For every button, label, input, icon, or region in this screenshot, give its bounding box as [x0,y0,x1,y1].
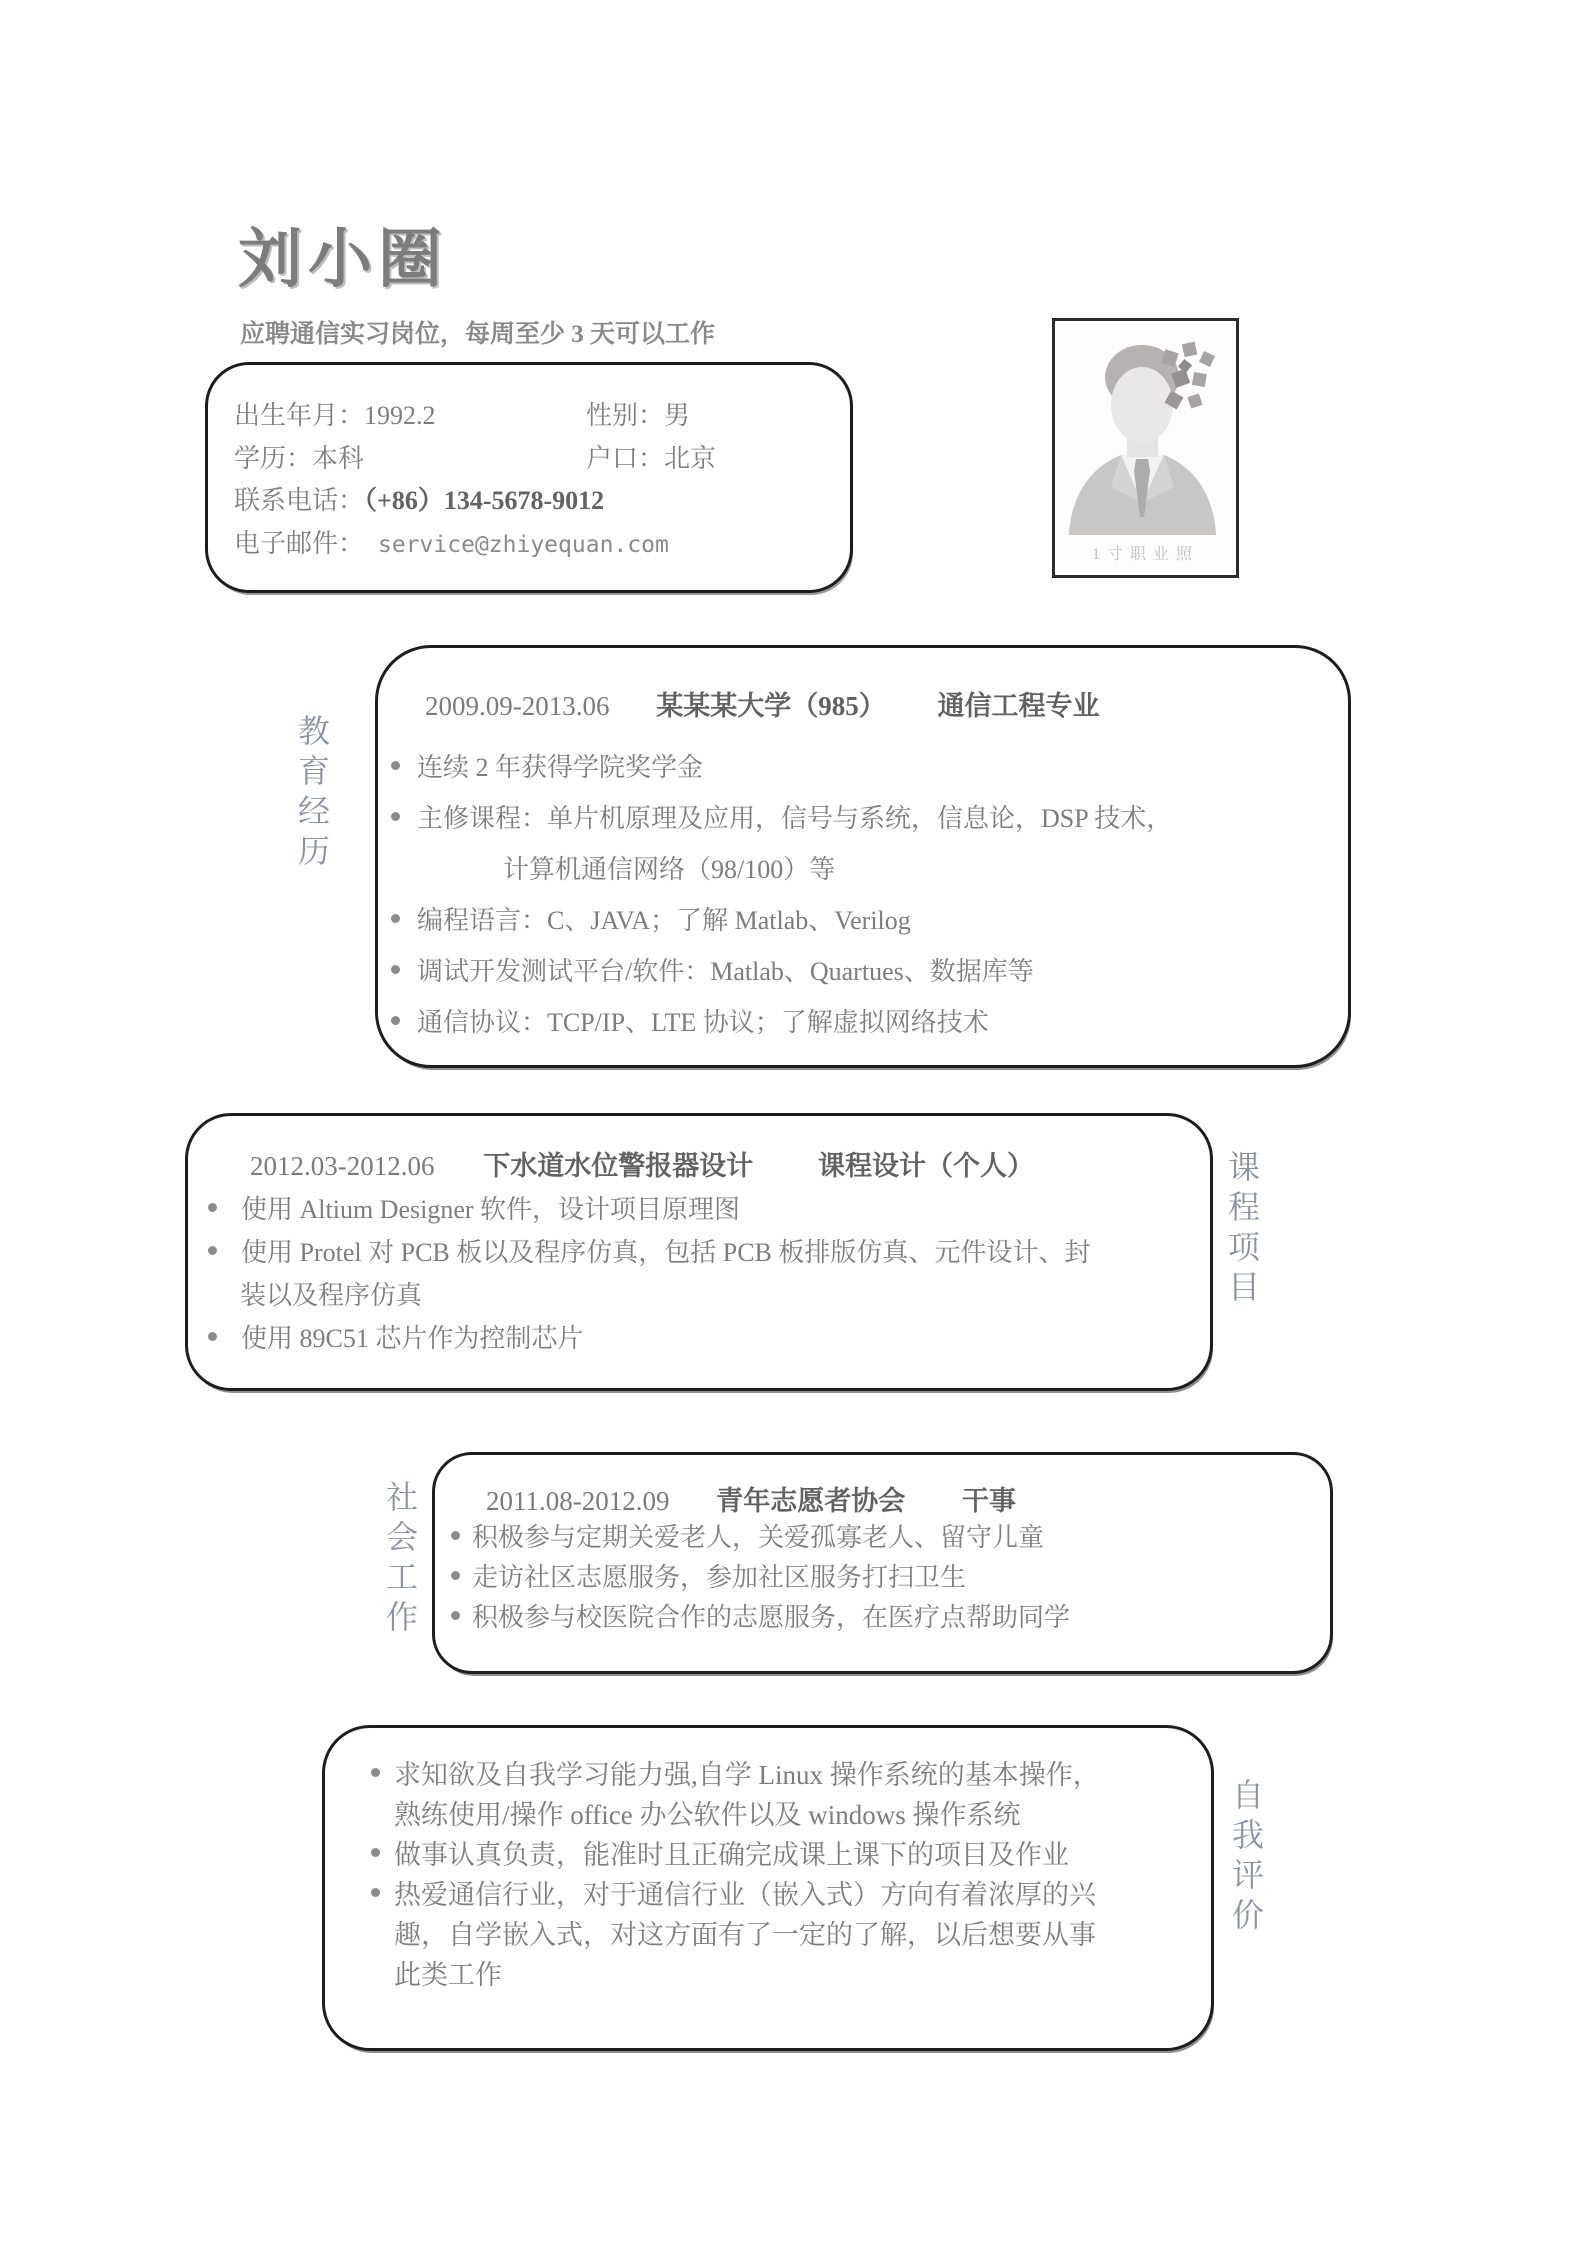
bullet-text: 求知欲及自我学习能力强,自学 Linux 操作系统的基本操作， [394,1753,1100,1792]
bullet-dot-icon [391,761,400,770]
section-label-social-work: 社会工作 [384,1480,416,1640]
bullet-continuation: 熟练使用/操作 office 办公软件以及 windows 操作系统 [325,1792,1191,1832]
bullet-dot-icon [451,1611,460,1620]
bullet-text: 积极参与定期关爱老人，关爱孤寡老人、留守儿童 [472,1517,1044,1554]
course-project-header: 2012.03-2012.06 下水道水位警报器设计 课程设计（个人） [250,1144,1034,1183]
course-project-type: 课程设计（个人） [818,1151,1034,1181]
residence-row: 户口：北京 [586,444,716,474]
bullet-continuation: 此类工作 [325,1952,1191,1992]
bullet-item: 使用 Protel 对 PCB 板以及程序仿真，包括 PCB 板排版仿真、元件设… [188,1229,1190,1272]
social-work-role: 干事 [962,1486,1016,1516]
section-label-course-project: 课程项目 [1226,1150,1258,1310]
degree-value: 本科 [312,444,364,473]
bullet-continuation: 趣，自学嵌入式，对这方面有了一定的了解，以后想要从事 [325,1912,1191,1952]
course-project-period: 2012.03-2012.06 [250,1151,435,1181]
course-project-bullet-list: 使用 Altium Designer 软件，设计项目原理图 使用 Protel … [188,1186,1190,1358]
bullet-text: 装以及程序仿真 [240,1275,422,1312]
section-label-self-evaluation: 自我评价 [1230,1778,1262,1938]
bullet-text: 连续 2 年获得学院奖学金 [417,747,703,784]
bullet-dot-icon [208,1246,217,1255]
education-period: 2009.09-2013.06 [425,691,610,721]
birth-row: 出生年月：1992.2 性别：男 [234,401,436,431]
residence-label: 户口： [586,444,664,473]
email-row: 电子邮件：service@zhiyequan.com [234,529,669,560]
bullet-text: 走访社区志愿服务，参加社区服务打扫卫生 [472,1557,966,1594]
bullet-item: 使用 89C51 芯片作为控制芯片 [188,1315,1190,1358]
self-evaluation-box: 求知欲及自我学习能力强,自学 Linux 操作系统的基本操作， 熟练使用/操作 … [322,1725,1214,2051]
course-project-title: 下水道水位警报器设计 [483,1151,753,1181]
education-header: 2009.09-2013.06 某某某大学（985） 通信工程专业 [425,684,1100,723]
bullet-dot-icon [391,812,400,821]
bullet-item: 通信协议：TCP/IP、LTE 协议；了解虚拟网络技术 [378,995,1328,1046]
bullet-item: 调试开发测试平台/软件：Matlab、Quartues、数据库等 [378,944,1328,995]
bullet-text: 主修课程：单片机原理及应用，信号与系统，信息论，DSP 技术， [417,798,1172,835]
education-major: 通信工程专业 [938,691,1100,721]
social-work-period: 2011.08-2012.09 [486,1486,670,1516]
bullet-item: 积极参与定期关爱老人，关爱孤寡老人、留守儿童 [435,1515,1310,1555]
education-school: 某某某大学（985） [656,691,886,721]
bullet-text: 熟练使用/操作 office 办公软件以及 windows 操作系统 [394,1793,1020,1832]
degree-row: 学历：本科 户口：北京 [234,444,364,474]
bullet-item: 编程语言：C、JAVA；了解 Matlab、Verilog [378,893,1328,944]
social-work-bullet-list: 积极参与定期关爱老人，关爱孤寡老人、留守儿童 走访社区志愿服务，参加社区服务打扫… [435,1515,1310,1635]
social-work-header: 2011.08-2012.09 青年志愿者协会 干事 [486,1479,1016,1518]
bullet-item: 连续 2 年获得学院奖学金 [378,740,1328,791]
job-objective: 应聘通信实习岗位，每周至少 3 天可以工作 [240,314,715,350]
bullet-item: 做事认真负责，能准时且正确完成课上课下的项目及作业 [325,1832,1191,1872]
social-work-box: 2011.08-2012.09 青年志愿者协会 干事 积极参与定期关爱老人，关爱… [432,1452,1333,1674]
bullet-dot-icon [371,1848,380,1857]
gender-row: 性别：男 [586,401,690,431]
birth-label: 出生年月： [234,401,364,430]
bullet-dot-icon [391,1016,400,1025]
bullet-item: 热爱通信行业，对于通信行业（嵌入式）方向有着浓厚的兴 [325,1872,1191,1912]
bullet-text: 此类工作 [394,1953,502,1992]
email-label: 电子邮件： [234,529,364,558]
bullet-item: 主修课程：单片机原理及应用，信号与系统，信息论，DSP 技术， [378,791,1328,842]
education-box: 2009.09-2013.06 某某某大学（985） 通信工程专业 连续 2 年… [375,645,1351,1068]
bullet-text: 使用 Altium Designer 软件，设计项目原理图 [241,1189,740,1226]
gender-label: 性别： [586,401,664,430]
bullet-text: 做事认真负责，能准时且正确完成课上课下的项目及作业 [394,1833,1069,1872]
profile-info-box: 出生年月：1992.2 性别：男 学历：本科 户口：北京 联系电话：（+86）1… [205,362,853,593]
email-value: service@zhiyequan.com [378,532,669,558]
resume-name: 刘小圈 [238,208,448,300]
phone-row: 联系电话：（+86）134-5678-9012 [234,486,604,516]
education-bullet-list: 连续 2 年获得学院奖学金 主修课程：单片机原理及应用，信号与系统，信息论，DS… [378,740,1328,1046]
bullet-text: 趣，自学嵌入式，对这方面有了一定的了解，以后想要从事 [394,1913,1096,1952]
bullet-continuation: 计算机通信网络（98/100）等 [378,842,1328,893]
self-evaluation-bullet-list: 求知欲及自我学习能力强,自学 Linux 操作系统的基本操作， 熟练使用/操作 … [325,1752,1191,1992]
course-project-box: 2012.03-2012.06 下水道水位警报器设计 课程设计（个人） 使用 A… [185,1113,1213,1391]
bullet-text: 使用 89C51 芯片作为控制芯片 [241,1318,583,1355]
bullet-text: 编程语言：C、JAVA；了解 Matlab、Verilog [417,900,911,937]
bullet-dot-icon [391,965,400,974]
birth-value: 1992.2 [364,401,436,430]
phone-value: （+86）134-5678-9012 [364,486,604,515]
bullet-item: 走访社区志愿服务，参加社区服务打扫卫生 [435,1555,1310,1595]
bullet-text: 使用 Protel 对 PCB 板以及程序仿真，包括 PCB 板排版仿真、元件设… [241,1232,1090,1269]
social-work-organization: 青年志愿者协会 [716,1486,905,1516]
bullet-item: 积极参与校医院合作的志愿服务，在医疗点帮助同学 [435,1595,1310,1635]
bullet-dot-icon [208,1332,217,1341]
bullet-dot-icon [371,1888,380,1897]
bullet-dot-icon [371,1768,380,1777]
bullet-text: 调试开发测试平台/软件：Matlab、Quartues、数据库等 [417,951,1034,988]
bullet-text: 热爱通信行业，对于通信行业（嵌入式）方向有着浓厚的兴 [394,1873,1096,1912]
bullet-dot-icon [208,1203,217,1212]
bullet-item: 求知欲及自我学习能力强,自学 Linux 操作系统的基本操作， [325,1752,1191,1792]
phone-label: 联系电话： [234,486,364,515]
photo-caption: 1寸职业照 [1055,541,1236,564]
bullet-dot-icon [451,1571,460,1580]
bullet-text: 积极参与校医院合作的志愿服务，在医疗点帮助同学 [472,1597,1070,1634]
bullet-dot-icon [391,914,400,923]
bullet-text: 计算机通信网络（98/100）等 [503,849,835,886]
section-label-education: 教育经历 [296,714,328,874]
residence-value: 北京 [664,444,716,473]
degree-label: 学历： [234,444,312,473]
bullet-item: 使用 Altium Designer 软件，设计项目原理图 [188,1186,1190,1229]
id-photo-placeholder: 1寸职业照 [1052,318,1239,578]
bullet-continuation: 装以及程序仿真 [188,1272,1190,1315]
photo-silhouette [1055,321,1230,569]
gender-value: 男 [664,401,690,430]
bullet-dot-icon [451,1531,460,1540]
bullet-text: 通信协议：TCP/IP、LTE 协议；了解虚拟网络技术 [417,1002,989,1039]
